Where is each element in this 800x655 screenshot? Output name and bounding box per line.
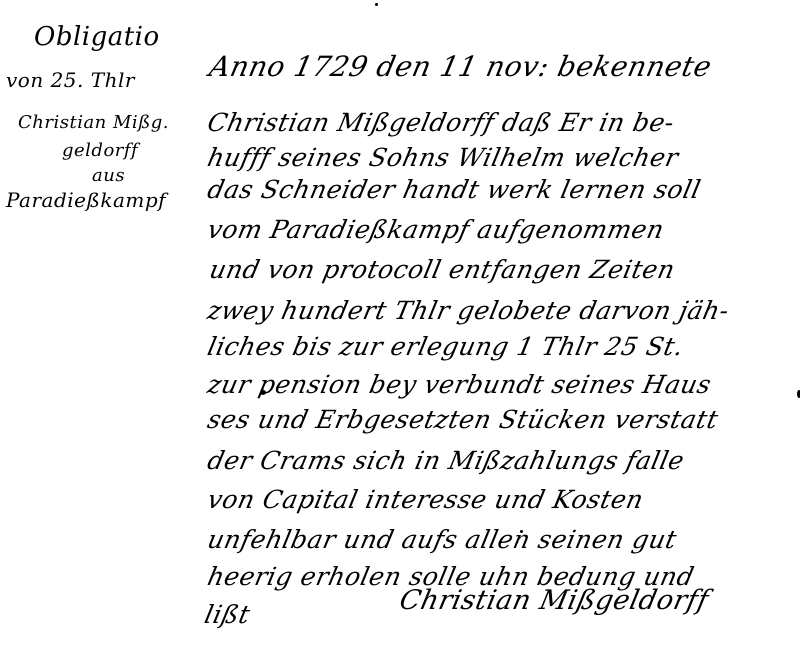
margin-note-line: Paradießkampf [6, 188, 166, 212]
entry-line: zur pension bey verbundt seines Haus [205, 370, 714, 399]
ink-speck [520, 530, 523, 533]
ink-speck [375, 3, 378, 6]
signature: Christian Mißgeldorff [397, 585, 712, 616]
entry-line: ses und Erbgesetzten Stücken verstatt [205, 405, 721, 434]
margin-note-line: von 25. Thlr [6, 68, 135, 92]
entry-line: vom Paradießkampf aufgenommen [205, 215, 667, 244]
entry-line: unfehlbar und aufs allen seinen gut [205, 525, 679, 554]
entry-line: hufff seines Sohns Wilhelm welcher [205, 143, 681, 172]
entry-line: und von protocoll entfangen Zeiten [207, 255, 678, 284]
margin-note-line: aus [92, 165, 125, 186]
margin-note-line: Obligatio [34, 22, 160, 52]
document-page: Obligatio von 25. Thlr Christian Mißg. g… [0, 0, 800, 655]
margin-note-line: Christian Mißg. [18, 112, 169, 133]
entry-line: das Schneider handt werk lernen soll [205, 175, 704, 204]
entry-line: Anno 1729 den 11 nov: bekennete [206, 50, 714, 83]
entry-line: von Capital interesse und Kosten [205, 485, 646, 514]
entry-line: liches bis zur erlegung 1 Thlr 25 St. [205, 332, 686, 361]
entry-line: zwey hundert Thlr gelobete darvon jäh- [205, 296, 732, 325]
entry-line: Christian Mißgeldorff daß Er in be- [205, 108, 677, 137]
ink-speck [260, 390, 266, 395]
entry-line: der Crams sich in Mißzahlungs falle [205, 446, 687, 475]
margin-note-line: geldorff [62, 140, 138, 161]
entry-line: lißt [202, 600, 253, 629]
